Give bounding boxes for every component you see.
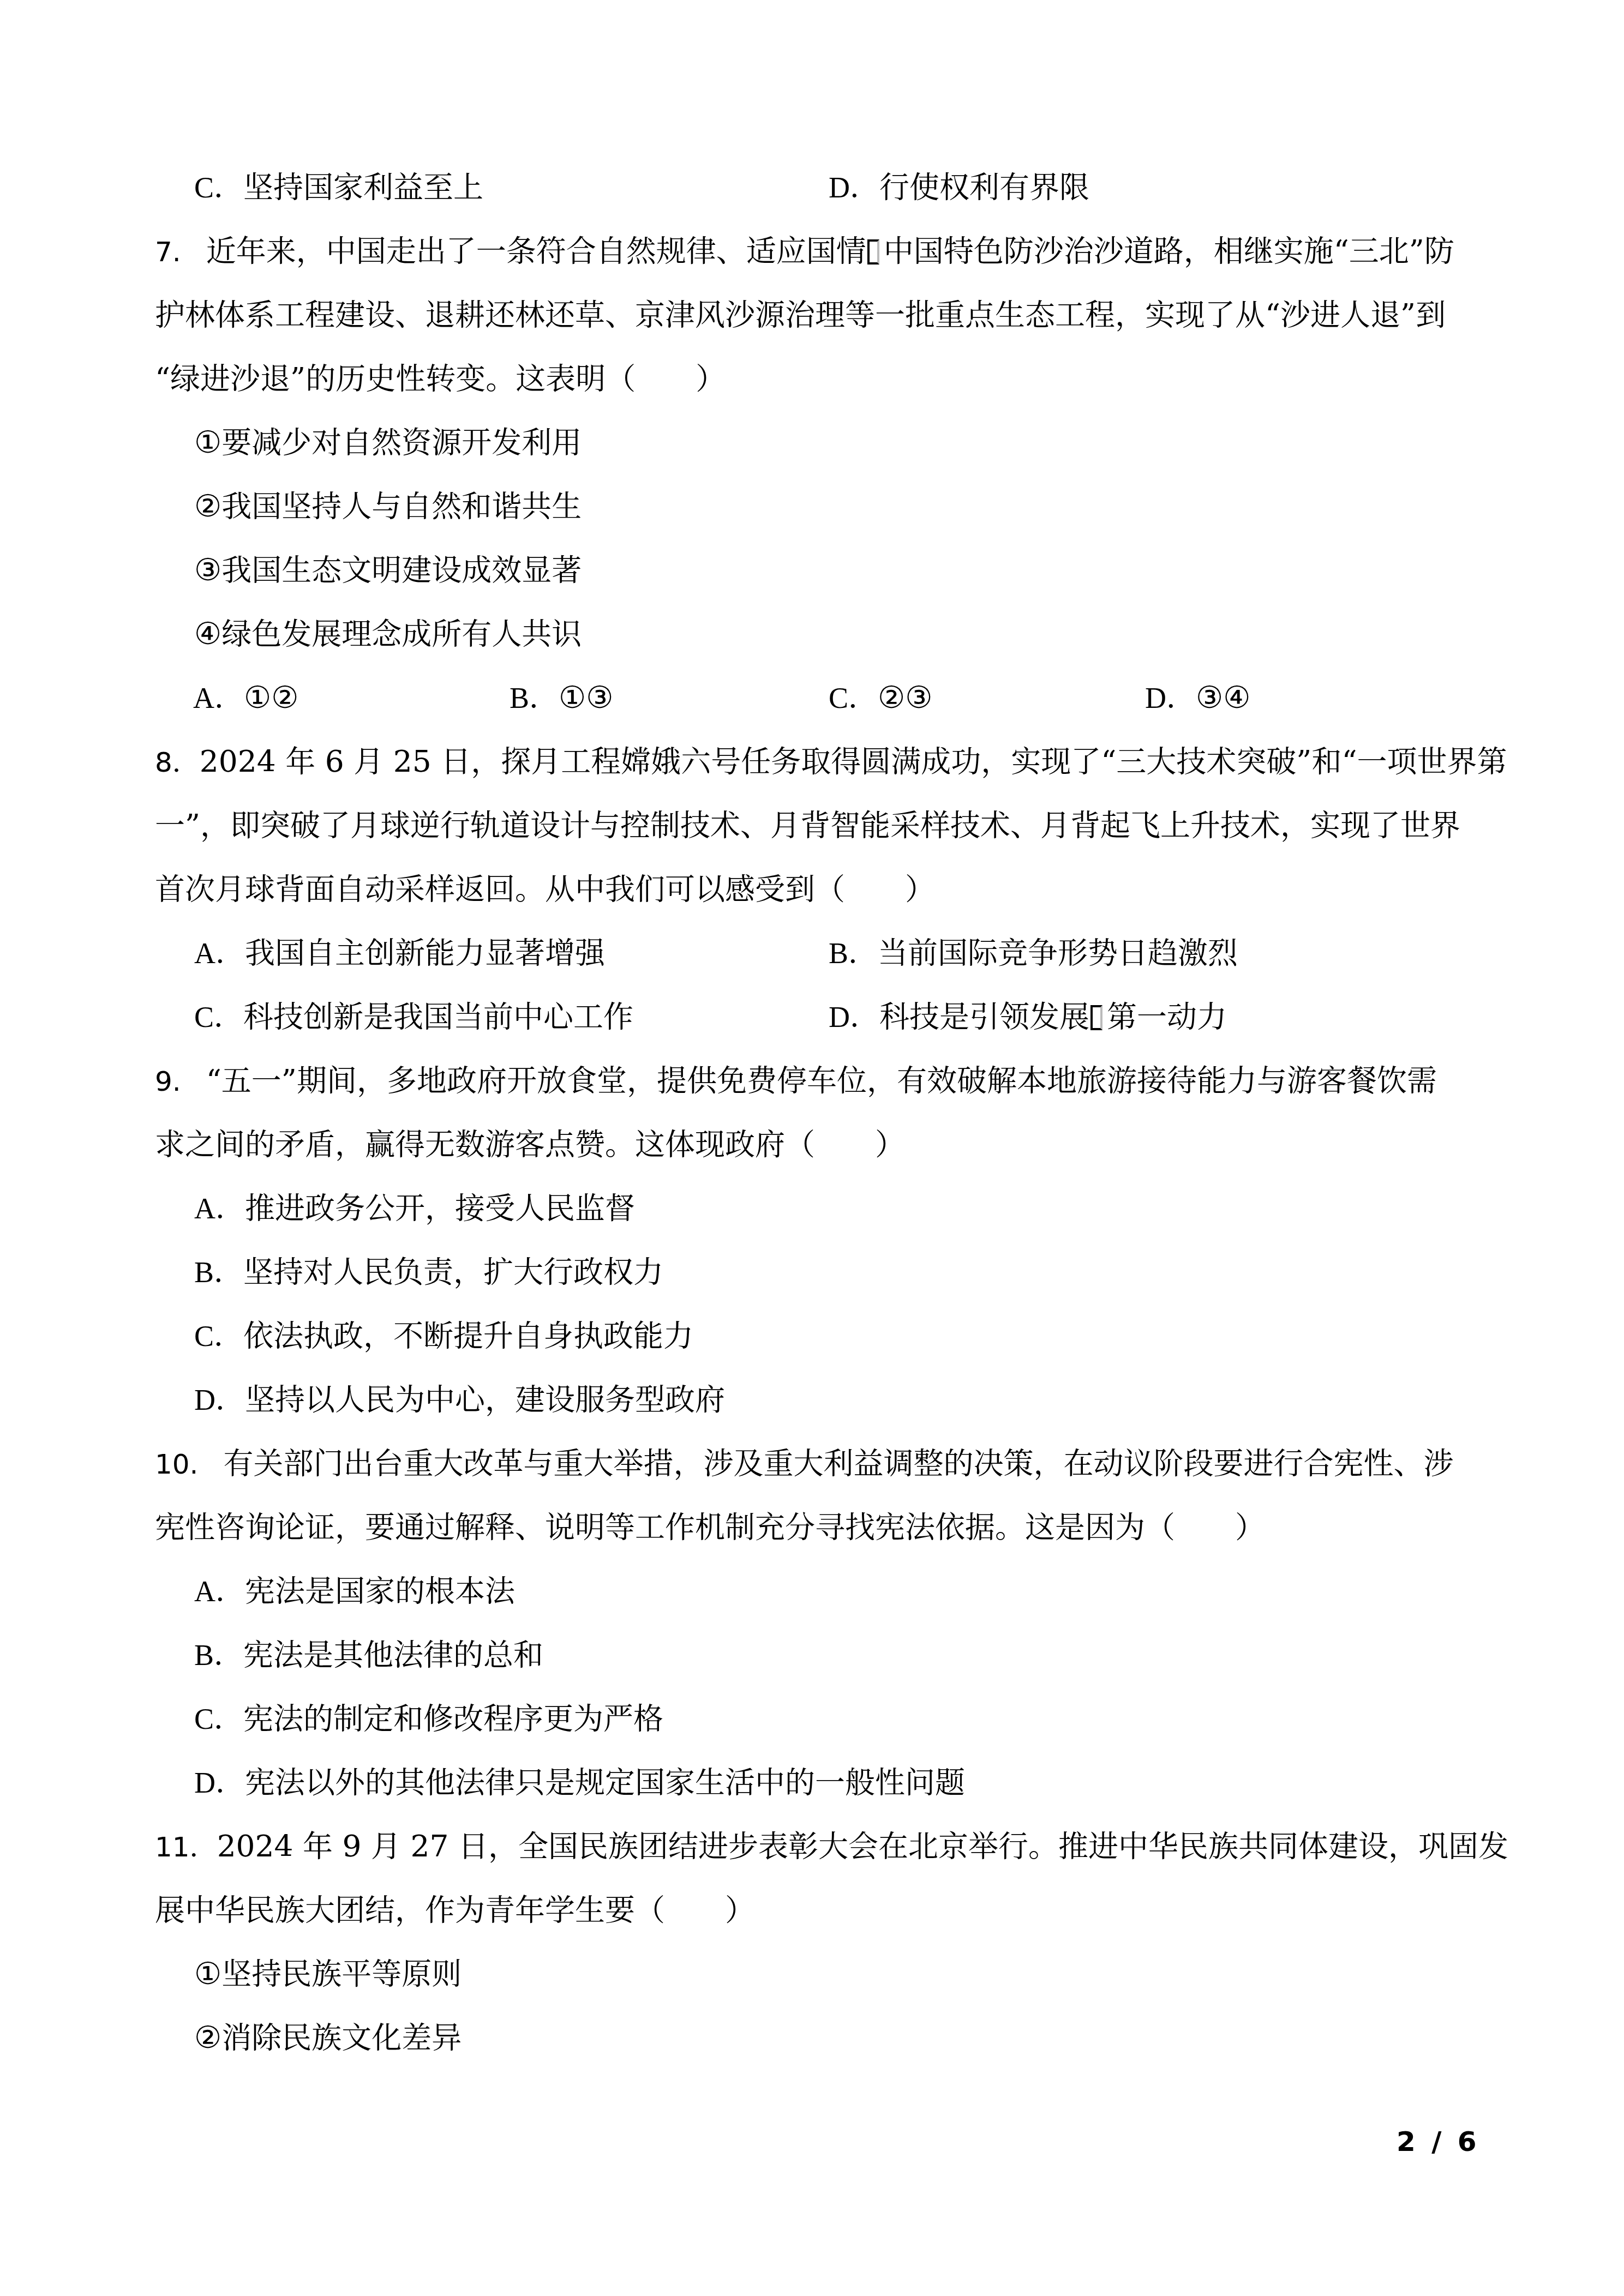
option-text: 依法执政，不断提升自身执政能力	[243, 1318, 693, 1353]
missing-glyph-icon	[867, 239, 879, 265]
question-number: 8．	[155, 747, 200, 778]
q10-option-a[interactable]: A．宪法是国家的根本法	[194, 1559, 515, 1623]
q8-option-b[interactable]: B．当前国际竞争形势日趋激烈	[829, 921, 1238, 985]
question-number: 10.	[155, 1448, 199, 1480]
q7-stem-line-1: 7.近年来，中国走出了一条符合自然规律、适应国情中国特色防沙治沙道路，相继实施“…	[155, 219, 1454, 283]
q7-statement-4: ④绿色发展理念成所有人共识	[194, 602, 582, 666]
q7-option-b[interactable]: B．①③	[510, 666, 613, 730]
stem-text: 求之间的矛盾，赢得无数游客点赞。这体现政府（ ）	[155, 1127, 905, 1162]
circled-number: ②	[194, 2020, 221, 2055]
option-letter: A．	[194, 1575, 245, 1608]
option-text: ①③	[559, 680, 613, 716]
option-text: 坚持以人民为中心，建设服务型政府	[245, 1382, 725, 1417]
q7-statement-2: ②我国坚持人与自然和谐共生	[194, 474, 582, 538]
circled-number: ①	[194, 425, 221, 460]
option-letter: B．	[510, 682, 559, 714]
q7-option-c[interactable]: C．②③	[829, 666, 932, 730]
q6-option-c[interactable]: C．坚持国家利益至上	[194, 155, 483, 219]
option-text: 宪法是其他法律的总和	[243, 1637, 543, 1672]
option-letter: C．	[829, 682, 878, 714]
option-text: ②③	[878, 680, 932, 716]
q6-option-d[interactable]: D．行使权利有界限	[829, 155, 1089, 219]
statement-text: 我国坚持人与自然和谐共生	[221, 489, 582, 524]
option-text: 行使权利有界限	[879, 170, 1089, 205]
stem-text: 有关部门出台重大改革与重大举措，涉及重大利益调整的决策，在动议阶段要进行合宪性、…	[224, 1446, 1454, 1481]
stem-text: 2024 年 6 月 25 日，探月工程嫦娥六号任务取得圆满成功，实现了“三大技…	[200, 744, 1507, 779]
q7-statement-3: ③我国生态文明建设成效显著	[194, 538, 582, 602]
stem-text: 2024 年 9 月 27 日，全国民族团结进步表彰大会在北京举行。推进中华民族…	[217, 1829, 1508, 1864]
q7-option-a[interactable]: A．①②	[193, 666, 298, 730]
question-number: 7.	[155, 236, 181, 268]
q8-stem-line-2: 一”，即突破了月球逆行轨道设计与控制技术、月背智能采样技术、月背起飞上升技术，实…	[155, 794, 1460, 857]
q7-statement-1: ①要减少对自然资源开发利用	[194, 411, 582, 474]
stem-text: “五一”期间，多地政府开放食堂，提供免费停车位，有效破解本地旅游接待能力与游客餐…	[206, 1063, 1437, 1098]
option-text: 我国自主创新能力显著增强	[245, 935, 605, 970]
q9-option-d[interactable]: D．坚持以人民为中心，建设服务型政府	[194, 1368, 725, 1432]
option-letter: B．	[829, 937, 878, 970]
q10-option-d[interactable]: D．宪法以外的其他法律只是规定国家生活中的一般性问题	[194, 1751, 965, 1814]
q9-option-b[interactable]: B．坚持对人民负责，扩大行政权力	[194, 1240, 663, 1304]
stem-text: 近年来，中国走出了一条符合自然规律、适应国情	[206, 233, 866, 268]
q10-option-c[interactable]: C．宪法的制定和修改程序更为严格	[194, 1687, 663, 1751]
stem-text: 展中华民族大团结，作为青年学生要（ ）	[155, 1892, 755, 1927]
option-text: 推进政务公开，接受人民监督	[245, 1191, 635, 1225]
option-text: 科技创新是我国当前中心工作	[243, 999, 633, 1034]
option-letter: B．	[194, 1256, 243, 1289]
q9-option-c[interactable]: C．依法执政，不断提升自身执政能力	[194, 1304, 693, 1368]
q7-stem-line-3: “绿进沙退”的历史性转变。这表明（ ）	[155, 347, 726, 411]
q9-stem-line-1: 9.“五一”期间，多地政府开放食堂，提供免费停车位，有效破解本地旅游接待能力与游…	[155, 1049, 1437, 1113]
option-letter: D．	[829, 171, 879, 204]
stem-text: 首次月球背面自动采样返回。从中我们可以感受到（ ）	[155, 871, 935, 906]
question-number: 9.	[155, 1066, 181, 1097]
circled-number: ④	[194, 616, 221, 652]
question-number: 11．	[155, 1831, 217, 1863]
option-text: ①②	[244, 680, 298, 716]
statement-text: 消除民族文化差异	[221, 2020, 462, 2055]
option-text: 第一动力	[1107, 999, 1227, 1034]
option-text: 坚持国家利益至上	[243, 170, 483, 205]
q10-option-b[interactable]: B．宪法是其他法律的总和	[194, 1623, 543, 1687]
q9-stem-line-2: 求之间的矛盾，赢得无数游客点赞。这体现政府（ ）	[155, 1113, 905, 1176]
stem-text: 护林体系工程建设、退耕还林还草、京津风沙源治理等一批重点生态工程，实现了从“沙进…	[155, 297, 1446, 332]
circled-number: ②	[194, 489, 221, 524]
statement-text: 我国生态文明建设成效显著	[221, 552, 582, 587]
option-text: 科技是引领发展	[879, 999, 1089, 1034]
option-letter: C．	[194, 1320, 243, 1353]
stem-text: “绿进沙退”的历史性转变。这表明（ ）	[155, 361, 726, 396]
statement-text: 要减少对自然资源开发利用	[221, 425, 582, 460]
exam-page: C．坚持国家利益至上 D．行使权利有界限 7.近年来，中国走出了一条符合自然规律…	[0, 0, 1624, 2296]
option-text: ③④	[1196, 680, 1250, 716]
q8-stem-line-3: 首次月球背面自动采样返回。从中我们可以感受到（ ）	[155, 857, 935, 921]
option-text: 宪法的制定和修改程序更为严格	[243, 1701, 663, 1736]
q11-statement-2: ②消除民族文化差异	[194, 2006, 462, 2070]
page-number: 2 / 6	[1397, 2125, 1480, 2158]
missing-glyph-icon	[1090, 1005, 1102, 1030]
q11-stem-line-2: 展中华民族大团结，作为青年学生要（ ）	[155, 1878, 755, 1942]
q8-stem-line-1: 8．2024 年 6 月 25 日，探月工程嫦娥六号任务取得圆满成功，实现了“三…	[155, 730, 1507, 794]
option-letter: C．	[194, 171, 243, 204]
q8-option-a[interactable]: A．我国自主创新能力显著增强	[194, 921, 605, 985]
statement-text: 坚持民族平等原则	[221, 1956, 462, 1991]
circled-number: ①	[194, 1956, 221, 1992]
q7-stem-line-2: 护林体系工程建设、退耕还林还草、京津风沙源治理等一批重点生态工程，实现了从“沙进…	[155, 283, 1446, 347]
q10-stem-line-1: 10.有关部门出台重大改革与重大举措，涉及重大利益调整的决策，在动议阶段要进行合…	[155, 1432, 1454, 1495]
circled-number: ③	[194, 552, 221, 588]
option-text: 坚持对人民负责，扩大行政权力	[243, 1254, 663, 1289]
stem-text: 中国特色防沙治沙道路，相继实施“三北”防	[884, 233, 1454, 268]
option-letter: D．	[1145, 682, 1196, 714]
option-letter: C．	[194, 1001, 243, 1033]
statement-text: 绿色发展理念成所有人共识	[221, 616, 582, 651]
q8-option-d[interactable]: D．科技是引领发展第一动力	[829, 985, 1227, 1049]
stem-text: 一”，即突破了月球逆行轨道设计与控制技术、月背智能采样技术、月背起飞上升技术，实…	[155, 808, 1460, 843]
q9-option-a[interactable]: A．推进政务公开，接受人民监督	[194, 1176, 635, 1240]
stem-text: 宪性咨询论证，要通过解释、说明等工作机制充分寻找宪法依据。这是因为（ ）	[155, 1510, 1265, 1544]
option-text: 当前国际竞争形势日趋激烈	[878, 935, 1238, 970]
option-letter: C．	[194, 1703, 243, 1735]
option-letter: D．	[194, 1766, 245, 1799]
option-text: 宪法是国家的根本法	[245, 1573, 515, 1608]
option-letter: B．	[194, 1639, 243, 1672]
option-text: 宪法以外的其他法律只是规定国家生活中的一般性问题	[245, 1765, 965, 1800]
option-letter: A．	[194, 1192, 245, 1225]
option-letter: D．	[829, 1001, 879, 1033]
q11-statement-1: ①坚持民族平等原则	[194, 1942, 462, 2006]
q10-stem-line-2: 宪性咨询论证，要通过解释、说明等工作机制充分寻找宪法依据。这是因为（ ）	[155, 1495, 1265, 1559]
option-letter: A．	[194, 937, 245, 970]
q8-option-c[interactable]: C．科技创新是我国当前中心工作	[194, 985, 633, 1049]
q11-stem-line-1: 11．2024 年 9 月 27 日，全国民族团结进步表彰大会在北京举行。推进中…	[155, 1814, 1508, 1878]
q7-option-d[interactable]: D．③④	[1145, 666, 1250, 730]
option-letter: A．	[193, 682, 244, 714]
option-letter: D．	[194, 1384, 245, 1416]
